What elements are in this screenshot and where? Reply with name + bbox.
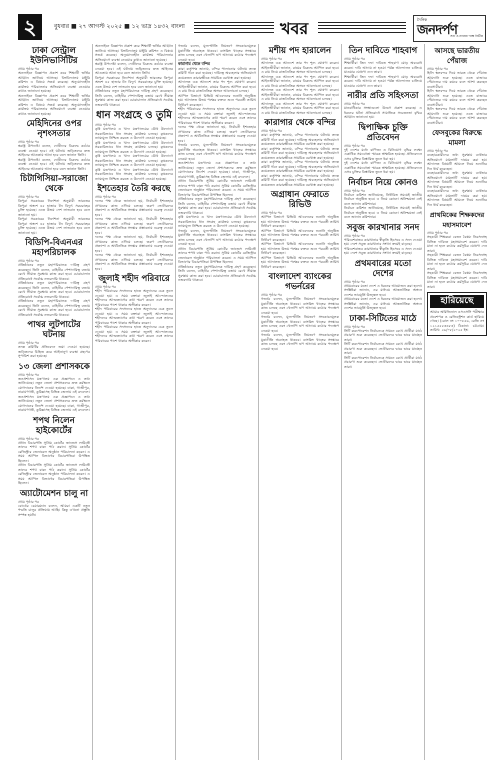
article-body: দলের পক্ষ থেকে জানানো হয়, নির্বাচনী ইশত… [95, 217, 173, 235]
article-body: প্রতিষ্ঠানের নতুন মহাপরিচালক দায়িত্ব গ্… [18, 281, 90, 299]
headline: মেহিদিনের ওপর নৃশংসতার [18, 119, 90, 139]
article-body: ত্রিপুরা সরকারের নির্দেশনা অনুযায়ী ভারত… [95, 76, 173, 90]
headline: ইশতেহার তৈরি করছে [95, 184, 173, 194]
masthead: ২ বুধবার ■ ২৭ আগস্ট ২০২৫ ■ ১২ ভাদ্র ১৪৩২… [18, 14, 484, 44]
article-body: প্রতিষ্ঠানের নতুন মহাপরিচালক দায়িত্ব গ্… [18, 263, 90, 281]
newspaper-page: ২ বুধবার ■ ২৭ আগস্ট ২০২৫ ■ ১২ ভাদ্র ১৪৩২… [0, 0, 500, 768]
article: নারীর প্রতি সহিংসতাপ্রথম পৃষ্ঠার পরমানবা… [344, 91, 422, 120]
headline: তিন দাবিতে শাহবাগ [344, 46, 422, 56]
headline: ঢাকা-সিটিতের মাঠে [344, 314, 422, 324]
article-body: অনলাইনে বিজ্ঞাপন প্রকাশ করে শিক্ষার্থী ভ… [95, 44, 173, 62]
article-body: অনলাইনে বিজ্ঞাপন প্রকাশ করে শিক্ষার্থী ভ… [18, 71, 90, 94]
article: ইশতেহার তৈরি করছেপ্রথম পৃষ্ঠার পরদলের পক… [95, 184, 173, 271]
article: কারাগার থেকে বন্দিরপ্রথম পৃষ্ঠার পরকারা … [261, 118, 339, 187]
article-body: প্রধান বিচারপতি সুপ্রিম কোর্টের জাজেস লা… [18, 441, 90, 464]
article-body: ব্যবহারকারীদের তথ্য সুরক্ষায় ব্যর্থতার … [427, 153, 487, 171]
article-body: সিটি করপোরেশন নির্বাচনকে সামনে রেখে প্রা… [344, 342, 422, 356]
classified-ad-lost: হারিয়েছে আমার অরিজিনাল এসএসসি পরীক্ষার … [427, 292, 487, 336]
headline: অগ্রাধান ফেরাতে রিভিউ [261, 190, 339, 210]
article-body: শহীদ পরিবারের সদস্যদের হাতে অনুদানের চেক… [95, 289, 173, 307]
headline: নারীর প্রতি সহিংসতা [344, 91, 422, 101]
article-body: প্রধান বিচারপতি সুপ্রিম কোর্টের জাজেস লা… [178, 179, 256, 197]
article-body: শহীদ পরিবারের সদস্যদের হাতে অনুদানের চেক… [178, 107, 256, 125]
article-body: শিক্ষার্থীরা তিন দফা দাবিতে শাহবাগ মোড় … [344, 75, 422, 89]
classified-text: আমার অরিজিনাল এসএসসি পরীক্ষার প্রবেশপত্র… [430, 310, 484, 333]
article-body: সিটি করপোরেশন নির্বাচনকে সামনে রেখে প্রা… [344, 329, 422, 343]
headline: বিডিপি-বিএনএর মহাপরিচালক [18, 238, 90, 258]
article: ফেসবুকের বিরুদ্ধে মামলাপ্রথম পৃষ্ঠার পরব… [427, 128, 487, 207]
article-body: আপিল বিভাগে রিভিউ আবেদনের শুনানি অনুষ্ঠি… [261, 229, 339, 243]
decorative-rule-left [194, 22, 274, 33]
article: অনলাইনে বিজ্ঞাপন প্রকাশ করে শিক্ষার্থী ভ… [95, 44, 173, 107]
logo-tagline: সত্য ও ন্যায়ের পক্ষে নির্ভীক [450, 34, 483, 40]
article-body: কৃষি মন্ত্রণালয় ও খাদ্য মন্ত্রণালয়ের য… [95, 168, 173, 182]
article-body: হিলি স্থলবন্দর দিয়ে ভারত থেকে পেঁয়াজ আ… [427, 89, 487, 107]
article-body: প্রথমবারের মতো দেশে এ ধরনের আয়োজন করা হ… [344, 284, 422, 298]
article-body: প্রতিষ্ঠানের নতুন মহাপরিচালক দায়িত্ব গ্… [95, 89, 173, 107]
article-body: ত্রিপুরা সরকারের নির্দেশনা অনুযায়ী ভারত… [18, 199, 90, 217]
article-body: আদালত এক আদেশে তার পদ শূন্য ঘোষণা করেন। … [261, 102, 339, 116]
column-5: তিন দাবিতে শাহবাগপ্রথম পৃষ্ঠার পরশিক্ষার… [344, 44, 422, 760]
article-body: নির্বাচন কমিশন জানিয়েছে, নির্ধারিত সময়… [344, 206, 422, 220]
article: আসছে ভারতীয় পেঁয়াজপ্রথম পৃষ্ঠার পরহিলি… [427, 46, 487, 125]
headline: পাথর লুটপাটের ঘটনায় [18, 320, 90, 340]
article: চিটাগিসিয়া-সরাজো থেকেপ্রথম পৃষ্ঠার পরত্… [18, 174, 90, 235]
article-body: পরিবেশবান্ধব কারখানার স্বীকৃতি হিসেবে এ … [344, 247, 422, 256]
article-body: আদালত এক আদেশে তার পদ শূন্য ঘোষণা করেন। … [261, 61, 339, 75]
article-body: তদন্ত কমিটির প্রতিবেদন জমা দেওয়া হয়েছে… [18, 345, 90, 359]
article-body: ব্যবহারকারীদের তথ্য সুরক্ষায় ব্যর্থতার … [427, 171, 487, 189]
article-body: দুই দেশের মধ্যে বাণিজ্য ও বিনিয়োগ বৃদ্ধ… [344, 161, 422, 175]
headline: কারাগার থেকে বন্দির [261, 118, 339, 128]
article: ১৩ জেলা প্রশাসককেপ্রথম পৃষ্ঠার পরজনপ্রশা… [18, 362, 90, 413]
headline: ফেসবুকের বিরুদ্ধে মামলা [427, 128, 487, 148]
column-1: ঢাকা সেন্ট্রাল ইউনিভার্সিটিরপ্রথম পৃষ্ঠা… [18, 44, 90, 760]
article-body: আপিল বিভাগে রিভিউ আবেদনের শুনানি অনুষ্ঠি… [261, 215, 339, 229]
article-body: পরিবেশবান্ধব কারখানার স্বীকৃতি হিসেবে এ … [344, 238, 422, 247]
article: ঢাকা-সিটিতের মাঠেপ্রথম পৃষ্ঠার পরসিটি কর… [344, 314, 422, 370]
column-2: অনলাইনে বিজ্ঞাপন প্রকাশ করে শিক্ষার্থী ভ… [95, 44, 173, 760]
article: দ্বিপাক্ষিক চুক্তি প্রতিবেদনপ্রথম পৃষ্ঠা… [344, 123, 422, 175]
article: অ্যাটোমেশন চালু নাপ্রথম পৃষ্ঠার পরবোর্ডে… [18, 489, 90, 518]
article-body: জনপ্রশাসন মন্ত্রণালয় এক প্রজ্ঞাপনে এ তথ… [178, 161, 256, 179]
article-body: স্বরাষ্ট্র উপদেষ্টা বলেন, দোষীদের বিরুদ্… [95, 62, 173, 76]
article-body: গভর্নর বলেন, মূল্যস্ফীতি নিয়ন্ত্রণে সংক… [261, 315, 339, 333]
article-body: আদালত এক আদেশে তার পদ শূন্য ঘোষণা করেন। … [178, 80, 256, 94]
article-body: শহীদ পরিবারের সদস্যদের হাতে অনুদানের চেক… [95, 307, 173, 325]
article-body: দলের পক্ষ থেকে জানানো হয়, নির্বাচনী ইশত… [95, 235, 173, 253]
article-body: জনপ্রশাসন মন্ত্রণালয় এক প্রজ্ঞাপনে এ তথ… [18, 377, 90, 395]
dateline: বুধবার ■ ২৭ আগস্ট ২০২৫ ■ ১২ ভাদ্র ১৪৩২ ব… [54, 21, 185, 32]
section-title: খবর [280, 16, 308, 43]
article: বিডিপি-বিএনএর মহাপরিচালকপ্রথম পৃষ্ঠার পর… [18, 238, 90, 317]
article-body: গভর্নর বলেন, মূল্যস্ফীতি নিয়ন্ত্রণে সংক… [178, 44, 256, 62]
headline: অ্যাটোমেশন চালু না [18, 489, 90, 499]
article-body: হিলি স্থলবন্দর দিয়ে ভারত থেকে পেঁয়াজ আ… [427, 107, 487, 125]
article-body: দলের পক্ষ থেকে জানানো হয়, নির্বাচনী ইশত… [178, 125, 256, 143]
article-body: কারা কর্তৃপক্ষ জানায়, বন্দির পালানোর ঘট… [261, 147, 339, 161]
headline: প্রথমবারের মতো দেশের [344, 259, 422, 279]
article-body: জনপ্রশাসন মন্ত্রণালয় এক প্রজ্ঞাপনে এ তথ… [18, 395, 90, 413]
article-body: আপিল বিভাগে রিভিউ আবেদনের শুনানি অনুষ্ঠি… [261, 242, 339, 256]
article-body: গভর্নর বলেন, মূল্যস্ফীতি নিয়ন্ত্রণে সংক… [261, 333, 339, 351]
article-body: প্রতিষ্ঠানের নতুন মহাপরিচালক দায়িত্ব গ্… [18, 299, 90, 317]
headline: শপথ নিলেন হাইকোর্টের [18, 416, 90, 436]
article-body: সিটি করপোরেশন নির্বাচনকে সামনে রেখে প্রা… [344, 356, 422, 370]
article-body: কারা কর্তৃপক্ষ জানায়, বন্দির পালানোর ঘট… [178, 67, 256, 81]
article: নির্বাচন নিয়ে কোনওপ্রথম পৃষ্ঠার পরনির্ব… [344, 178, 422, 220]
article-body: আপিল বিভাগে রিভিউ আবেদনের শুনানি অনুষ্ঠি… [261, 256, 339, 270]
headline: সবুজ কারখানার সনদ [344, 223, 422, 233]
article-body: কৃষি মন্ত্রণালয় ও খাদ্য মন্ত্রণালয়ের য… [95, 127, 173, 141]
article-body: দলের পক্ষ থেকে জানানো হয়, নির্বাচনী ইশত… [95, 253, 173, 271]
article-body: সহকারী শিক্ষকরা বেতন বৈষম্য নিরসনসহ বিভি… [427, 253, 487, 271]
article-body: আদালত এক আদেশে তার পদ শূন্য ঘোষণা করেন। … [261, 88, 339, 102]
article: তিন দাবিতে শাহবাগপ্রথম পৃষ্ঠার পরশিক্ষার… [344, 46, 422, 88]
article-body: মানবাধিকার সংস্থাগুলো উদ্বেগ প্রকাশ করেছ… [344, 106, 422, 120]
article: অগ্রাধান ফেরাতে রিভিউপ্রথম পৃষ্ঠার পরআপি… [261, 190, 339, 269]
article-body: কারা কর্তৃপক্ষ জানায়, বন্দির পালানোর ঘট… [261, 133, 339, 147]
headline: ধান সংগ্রহে ও তুমি [95, 110, 173, 122]
article-body: শহীদ পরিবারের সদস্যদের হাতে অনুদানের চেক… [95, 325, 173, 343]
article-body: কৃষি মন্ত্রণালয় ও খাদ্য মন্ত্রণালয়ের য… [95, 141, 173, 155]
article-body: কারা কর্তৃপক্ষ জানায়, বন্দির পালানোর ঘট… [261, 174, 339, 188]
newspaper-logo: দৈনিক জনদর্পণ সত্য ও ন্যায়ের পক্ষে নির্… [413, 15, 486, 42]
article-body: স্বরাষ্ট্র উপদেষ্টা বলেন, দোষীদের বিরুদ্… [18, 158, 90, 172]
headline: আসছে ভারতীয় পেঁয়াজ [427, 46, 487, 66]
headline: ১৩ জেলা প্রশাসককে [18, 362, 90, 372]
article-body: গভর্নর বলেন, মূল্যস্ফীতি নিয়ন্ত্রণে সংক… [178, 143, 256, 161]
article: ঢাকা সেন্ট্রাল ইউনিভার্সিটিরপ্রথম পৃষ্ঠা… [18, 46, 90, 116]
article-body: কৃষি মন্ত্রণালয় ও খাদ্য মন্ত্রণালয়ের য… [95, 154, 173, 168]
headline: মশীয় পদ হারালেন [261, 46, 339, 56]
headline: বাংলাদেশ ব্যাংকের গভর্নরের [261, 272, 339, 292]
article: শপথ নিলেন হাইকোর্টেরপ্রথম পৃষ্ঠার পরপ্রধ… [18, 416, 90, 486]
article-body: প্রতিষ্ঠানের নতুন মহাপরিচালক দায়িত্ব গ্… [178, 197, 256, 215]
article-body: দলের পক্ষ থেকে জানানো হয়, নির্বাচনী ইশত… [95, 199, 173, 217]
article-body: অনলাইনে বিজ্ঞাপন প্রকাশ করে শিক্ষার্থী ভ… [18, 94, 90, 117]
article-body: প্রথমবারের মতো দেশে এ ধরনের আয়োজন করা হ… [344, 297, 422, 311]
headline: জুলাই শহীদ পরিবারে [95, 274, 173, 284]
article-body: নির্বাচন কমিশন জানিয়েছে, নির্ধারিত সময়… [344, 193, 422, 207]
article: মশীয় পদ হারালেনপ্রথম পৃষ্ঠার পরআদালত এক… [261, 46, 339, 115]
page-number: ২ [18, 14, 42, 40]
classified-title: হারিয়েছে [430, 295, 484, 308]
article: বাংলাদেশ ব্যাংকের গভর্নরেরপ্রথম পৃষ্ঠার … [261, 272, 339, 351]
article-body: সহকারী শিক্ষকরা বেতন বৈষম্য নিরসনসহ বিভি… [427, 235, 487, 253]
headline: চিটাগিসিয়া-সরাজো থেকে [18, 174, 90, 194]
article-body: স্বরাষ্ট্র উপদেষ্টা বলেন, দোষীদের বিরুদ্… [18, 144, 90, 158]
headline: ঢাকা সেন্ট্রাল ইউনিভার্সিটির [18, 46, 90, 66]
article-body: গভর্নর বলেন, মূল্যস্ফীতি নিয়ন্ত্রণে সংক… [261, 297, 339, 315]
article-body: আদালত এক আদেশে তার পদ শূন্য ঘোষণা করেন। … [261, 75, 339, 89]
article-body: বোর্ডের চেয়ারম্যান বলেন, আমরা একটি নতুন… [18, 504, 90, 518]
article-body: কৃষি মন্ত্রণালয় ও খাদ্য মন্ত্রণালয়ের য… [178, 215, 256, 229]
article: সবুজ কারখানার সনদপ্রথম পৃষ্ঠার পরপরিবেশব… [344, 223, 422, 256]
headline: নির্বাচন নিয়ে কোনও [344, 178, 422, 188]
headline: দ্বিপাক্ষিক চুক্তি প্রতিবেদন [344, 123, 422, 143]
article-body: প্রধান বিচারপতি সুপ্রিম কোর্টের জাজেস লা… [18, 463, 90, 486]
article-body: প্রধান বিচারপতি সুপ্রিম কোর্টের জাজেস লা… [178, 247, 256, 265]
article-body: কারা কর্তৃপক্ষ জানায়, বন্দির পালানোর ঘট… [261, 160, 339, 174]
article: জুলাই শহীদ পরিবারেপ্রথম পৃষ্ঠার পরশহীদ প… [95, 274, 173, 343]
article-body: সহকারী শিক্ষকরা বেতন বৈষম্য নিরসনসহ বিভি… [427, 271, 487, 289]
article: ধান সংগ্রহে ও তুমিপ্রথম পৃষ্ঠার পরকৃষি ম… [95, 110, 173, 181]
article-body: ব্যবহারকারীদের তথ্য সুরক্ষায় ব্যর্থতার … [427, 189, 487, 207]
article-body: দুই দেশের মধ্যে বাণিজ্য ও বিনিয়োগ বৃদ্ধ… [344, 148, 422, 162]
article-body: ত্রিপুরা সরকারের নির্দেশনা অনুযায়ী ভারত… [18, 217, 90, 235]
column-6: আসছে ভারতীয় পেঁয়াজপ্রথম পৃষ্ঠার পরহিলি… [427, 44, 487, 760]
column-3: গভর্নর বলেন, মূল্যস্ফীতি নিয়ন্ত্রণে সংক… [178, 44, 256, 760]
article: পাথর লুটপাটের ঘটনায়প্রথম পৃষ্ঠার পরতদন্… [18, 320, 90, 359]
article-body: প্রতিষ্ঠানের নতুন মহাপরিচালক দায়িত্ব গ্… [178, 265, 256, 283]
article-body: গভর্নর বলেন, মূল্যস্ফীতি নিয়ন্ত্রণে সংক… [178, 229, 256, 247]
article: প্রথমবারের মতো দেশেরপ্রথম পৃষ্ঠার পরপ্রথ… [344, 259, 422, 311]
article-body: আপিল বিভাগে রিভিউ আবেদনের শুনানি অনুষ্ঠি… [178, 94, 256, 108]
decorative-rule-right [318, 22, 406, 33]
article-body: হিলি স্থলবন্দর দিয়ে ভারত থেকে পেঁয়াজ আ… [427, 71, 487, 89]
article: মেহিদিনের ওপর নৃশংসতারপ্রথম পৃষ্ঠার পরস্… [18, 119, 90, 171]
article-body: শিক্ষার্থীরা তিন দফা দাবিতে শাহবাগ মোড় … [344, 61, 422, 75]
headline: প্রাথমিকের শিক্ষকদের মহাসমাবেশ [427, 210, 487, 230]
column-4: মশীয় পদ হারালেনপ্রথম পৃষ্ঠার পরআদালত এক… [261, 44, 339, 760]
article: প্রাথমিকের শিক্ষকদের মহাসমাবেশপ্রথম পৃষ্… [427, 210, 487, 289]
